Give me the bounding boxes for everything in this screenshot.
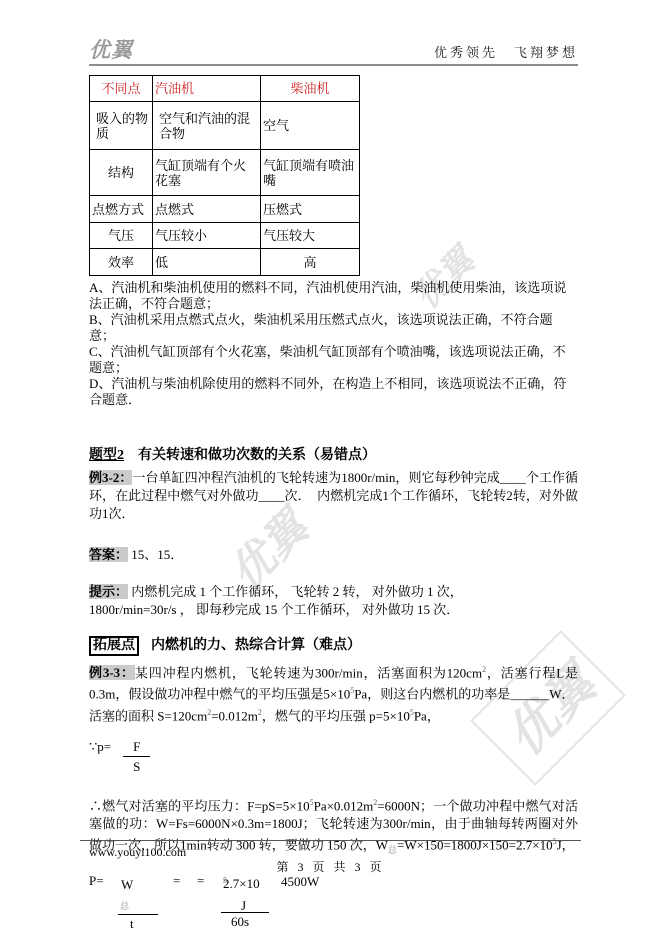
fraction-denominator: S — [123, 757, 150, 775]
hint-line1: 提示： 内燃机完成 1 个工作循环， 飞轮转 2 转， 对外做功 1 次， — [89, 583, 578, 601]
table-header-cell: 柴油机 — [261, 76, 360, 102]
table-row: 吸入的物质 空气和汽油的混合物 空气 — [90, 102, 360, 150]
solution-text: Pa×0.012m — [314, 798, 374, 813]
subscript: 总 — [388, 845, 397, 855]
formula-w-subscript: 总 — [120, 899, 129, 912]
expand-title: 内燃机的力、热综合计算（难点） — [151, 638, 361, 653]
footer-divider — [80, 840, 581, 841]
expand-heading: 拓展点内燃机的力、热综合计算（难点） — [89, 634, 578, 656]
example-3-2-label: 例3-2： — [89, 470, 132, 485]
example-3-3-text: Pa， — [414, 708, 440, 723]
example-3-3-text: 某四冲程内燃机，飞轮转速为300r/min，活塞面积为120cm — [135, 665, 482, 680]
formula-value: 2.7×105 — [223, 876, 227, 892]
table-cell: 气压较大 — [261, 223, 360, 249]
page-header: 优翼 优秀领先 飞翔梦想 — [89, 40, 578, 66]
hint-line2: 1800r/min=30r/s ， 即每秒完成 15 个工作循环， 对外做功 1… — [89, 601, 578, 619]
example-3-3-text: Pa，则这台内燃机的功率是______W． — [354, 687, 574, 702]
table-header-cell: 汽油机 — [153, 76, 261, 102]
formula-result: 4500W — [281, 874, 319, 890]
answer-line: 答案： 15、15． — [89, 546, 578, 564]
worksheet-page: 优翼 优翼 优翼 优翼 优秀领先 飞翔梦想 不同点 汽油机 柴油机 吸入的物质 … — [0, 0, 661, 935]
option-d-text: D、汽油机与柴油机除使用的燃料不同外，在构造上不相同，该选项说法不正确，符合题意… — [89, 376, 578, 408]
hint-block: 提示： 内燃机完成 1 个工作循环， 飞轮转 2 转， 对外做功 1 次， 18… — [89, 583, 578, 619]
fraction-bar — [221, 912, 269, 913]
example-3-3-text: 活塞的面积 S=120cm — [89, 708, 207, 723]
formula-value-text: 2.7×10 — [223, 876, 260, 892]
table-cell: 空气和汽油的混合物 — [153, 102, 261, 150]
solution-text: ∴燃气对活塞的平均压力：F=pS=5×10 — [89, 798, 310, 813]
answer-label: 答案： — [89, 547, 128, 562]
table-cell: 点燃方式 — [90, 196, 153, 223]
example-3-3: 例3-3：某四冲程内燃机，飞轮转速为300r/min，活塞面积为120cm2，活… — [89, 661, 578, 725]
formula-denominator: 60s — [231, 914, 249, 930]
table-cell: 气缸顶端有喷油嘴 — [261, 150, 360, 196]
page-number: 第 3 页 共 3 页 — [80, 858, 581, 875]
option-b-text: B、汽油机采用点燃式点火，柴油机采用压燃式点火，该选项说法正确，不符合题意； — [89, 312, 578, 344]
table-cell: 空气 — [261, 102, 360, 150]
table-cell: 低 — [153, 249, 261, 276]
fraction-numerator: F — [123, 739, 150, 757]
brand-logo: 优翼 — [89, 40, 133, 61]
example-3-2-text: 一台单缸四冲程汽油机的飞轮转速为1800r/min，则它每秒钟完成____个工作… — [89, 470, 578, 521]
table-row: 点燃方式 点燃式 压燃式 — [90, 196, 360, 223]
option-a-text: A、汽油机和柴油机使用的燃料不同，汽油机使用汽油，柴油机使用柴油，该选项说法正确… — [89, 280, 578, 312]
table-cell: 效率 — [90, 249, 153, 276]
table-cell: 气缸顶端有个火花塞 — [153, 150, 261, 196]
topic2-tag: 题型2 — [89, 448, 124, 463]
equals-sign: = — [173, 873, 180, 889]
table-cell: 压燃式 — [261, 196, 360, 223]
pressure-formula: ∵p= F S — [89, 739, 578, 789]
brand-slogan: 优秀领先 飞翔梦想 — [434, 42, 578, 61]
table-header-cell: 不同点 — [90, 76, 153, 102]
table-row: 气压 气压较小 气压较大 — [90, 223, 360, 249]
equals-sign: = — [197, 873, 204, 889]
answer-text: 15、15． — [131, 547, 183, 562]
engine-comparison-table: 不同点 汽油机 柴油机 吸入的物质 空气和汽油的混合物 空气 结构 气缸顶端有个… — [89, 75, 360, 276]
table-row: 结构 气缸顶端有个火花塞 气缸顶端有喷油嘴 — [90, 150, 360, 196]
table-cell: 吸入的物质 — [90, 102, 153, 150]
hint-text1: 内燃机完成 1 个工作循环， 飞轮转 2 转， 对外做功 1 次， — [131, 584, 463, 599]
topic2-heading: 题型2有关转速和做功次数的关系（易错点） — [89, 444, 578, 464]
example-3-3-text: ，燃气的平均压强 p=5×10 — [262, 708, 410, 723]
hint-label: 提示： — [89, 584, 128, 599]
power-formula: P= W 总 t = = 2.7×105 J 60s 4500W — [89, 871, 578, 935]
expand-tag: 拓展点 — [89, 636, 139, 656]
topic2-title: 有关转速和做功次数的关系（易错点） — [138, 448, 376, 463]
formula-lead: P= — [89, 873, 104, 889]
table-row: 效率 低 高 — [90, 249, 360, 276]
option-c-text: C、汽油机气缸顶部有个火花塞，柴油机气缸顶部有个喷油嘴，该选项说法正确，不题意； — [89, 344, 578, 376]
formula-lead: ∵p= — [89, 739, 111, 755]
table-cell: 气压 — [90, 223, 153, 249]
table-cell: 点燃式 — [153, 196, 261, 223]
option-analysis: A、汽油机和柴油机使用的燃料不同，汽油机使用汽油，柴油机使用柴油，该选项说法正确… — [89, 280, 578, 408]
example-3-2: 例3-2：一台单缸四冲程汽油机的飞轮转速为1800r/min，则它每秒钟完成__… — [89, 469, 578, 523]
formula-t: t — [130, 916, 134, 932]
table-cell: 结构 — [90, 150, 153, 196]
example-3-3-label: 例3-3： — [89, 665, 135, 680]
table-cell: 气压较小 — [153, 223, 261, 249]
table-cell: 高 — [261, 249, 360, 276]
fraction-bar — [118, 914, 158, 915]
example-3-3-text: =0.012m — [211, 708, 258, 723]
fraction: F S — [123, 739, 150, 775]
formula-w: W — [121, 877, 133, 893]
table-header-row: 不同点 汽油机 柴油机 — [90, 76, 360, 102]
